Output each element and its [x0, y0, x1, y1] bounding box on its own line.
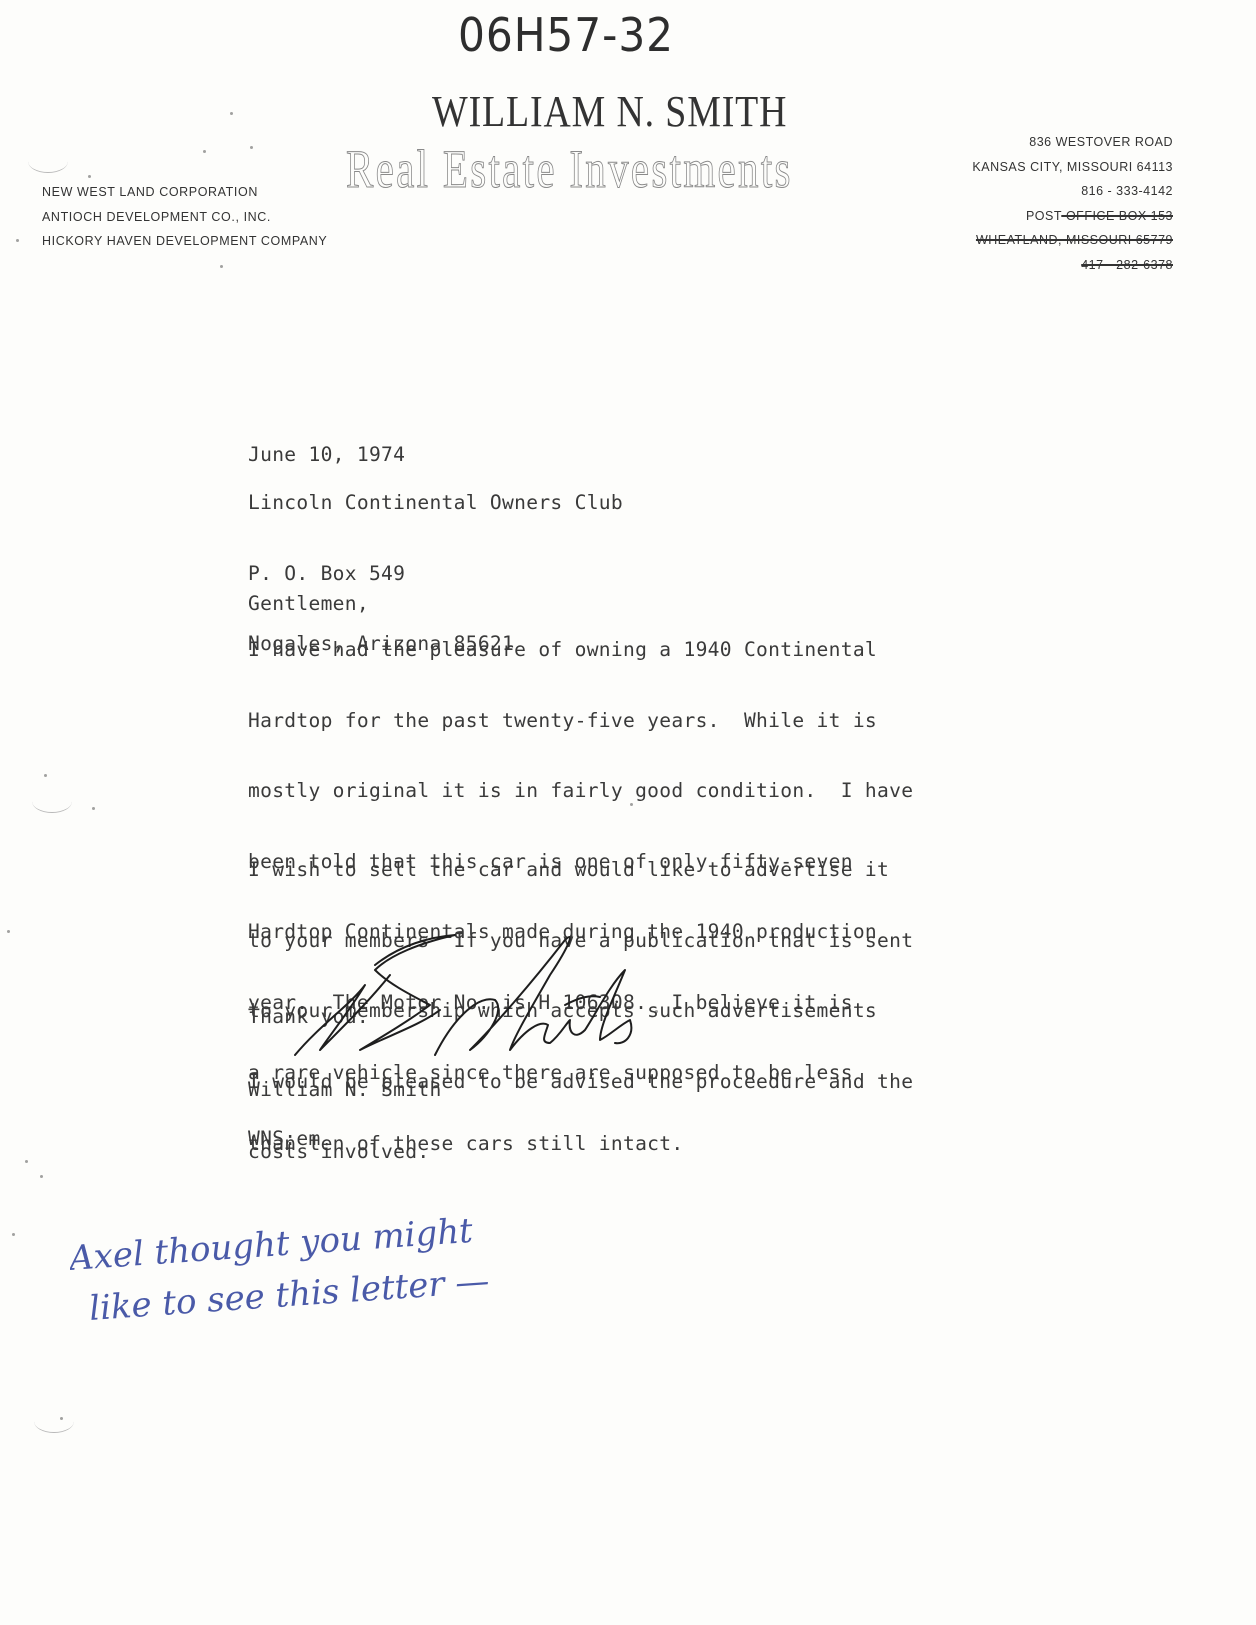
- body-line: mostly original it is in fairly good con…: [248, 779, 913, 804]
- body-line: Hardtop for the past twenty-five years. …: [248, 709, 913, 734]
- typist-initials: WNS:em: [248, 1081, 321, 1198]
- letterhead-name: WILLIAM N. SMITH: [432, 86, 787, 137]
- recipient-line: Lincoln Continental Owners Club: [248, 491, 623, 516]
- letterhead-address: 836 WESTOVER ROAD KANSAS CITY, MISSOURI …: [972, 130, 1173, 277]
- initials-text: WNS:em: [248, 1127, 321, 1152]
- file-number: 06H57-32: [458, 8, 674, 62]
- old-post-office-box: POST-OFFICE BOX 153: [972, 204, 1173, 229]
- affiliated-companies: NEW WEST LAND CORPORATION ANTIOCH DEVELO…: [42, 180, 327, 254]
- letterhead-subtitle: Real Estate Investments: [346, 138, 793, 200]
- address-street: 836 WESTOVER ROAD: [972, 130, 1173, 155]
- company-name: NEW WEST LAND CORPORATION: [42, 180, 327, 205]
- old-box-prefix: POST: [1026, 209, 1061, 223]
- letter-page: 06H57-32 WILLIAM N. SMITH Real Estate In…: [0, 0, 1256, 1625]
- address-city: KANSAS CITY, MISSOURI 64113: [972, 155, 1173, 180]
- body-line: I have had the pleasure of owning a 1940…: [248, 638, 913, 663]
- hole-punch-mark-top: [28, 150, 68, 173]
- hole-punch-mark-bottom: [34, 1410, 74, 1433]
- company-name: ANTIOCH DEVELOPMENT CO., INC.: [42, 205, 327, 230]
- hole-punch-mark-middle: [32, 790, 72, 813]
- old-phone-struck: 417 - 282-6378: [972, 253, 1173, 278]
- company-name: HICKORY HAVEN DEVELOPMENT COMPANY: [42, 229, 327, 254]
- old-box-struck: -OFFICE BOX 153: [1061, 209, 1173, 223]
- old-city-struck: WHEATLAND, MISSOURI 65779: [972, 228, 1173, 253]
- handwritten-note: Axel thought you might like to see this …: [70, 1215, 750, 1355]
- address-phone: 816 - 333-4142: [972, 179, 1173, 204]
- signature-image: [290, 925, 670, 1065]
- body-line: I wish to sell the car and would like to…: [248, 858, 913, 883]
